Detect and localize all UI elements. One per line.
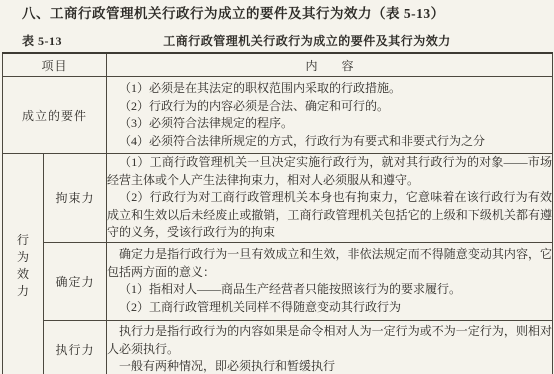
determinative-force-item-2: （2）工商行政管理机关同样不得随意变动其行政行为 bbox=[107, 299, 552, 317]
scanned-document-page: 八、工商行政管理机关行政行为成立的要件及其行为效力（表 5-13） 表 5-13… bbox=[0, 6, 554, 374]
binding-force-item-2: （2）行政行为对工商行政管理机关本身也有拘束力，它意味着在该行政行为有效成立和生… bbox=[107, 189, 552, 242]
requirement-item-1: （1）必须是在其法定的职权范围内采取的行政措施。 bbox=[107, 80, 552, 98]
binding-force-label: 拘束力 bbox=[44, 154, 107, 243]
row-executive-force: 执行力 执行力是指行政行为的内容如果是命令相对人为一定行为或不为一定行为，则相对… bbox=[3, 320, 553, 374]
row-requirements: 成立的要件 （1）必须是在其法定的职权范围内采取的行政措施。 （2）行政行为的内… bbox=[3, 77, 553, 154]
effect-group-cell: 行为效力 bbox=[3, 154, 44, 374]
header-cell-item: 项目 bbox=[3, 53, 107, 77]
table-header-row: 项目 内 容 bbox=[3, 53, 553, 77]
executive-force-note: 一般有两种情况，即必须执行和暂缓执行 bbox=[107, 358, 552, 374]
requirement-item-3: （3）必须符合法律规定的程序。 bbox=[107, 115, 552, 133]
row-binding-force: 行为效力 拘束力 （1）工商行政管理机关一旦决定实施行政行为，就对其行政行为的对… bbox=[3, 154, 553, 243]
requirement-item-2: （2）行政行为的内容必须是合法、确定和可行的。 bbox=[107, 98, 552, 116]
data-table: 项目 内 容 成立的要件 （1）必须是在其法定的职权范围内采取的行政措施。 （2… bbox=[2, 52, 553, 374]
requirements-content: （1）必须是在其法定的职权范围内采取的行政措施。 （2）行政行为的内容必须是合法… bbox=[107, 77, 553, 154]
determinative-force-item-1: （1）指相对人——商品生产经营者只能按照该行为的要求履行。 bbox=[107, 281, 552, 299]
table-caption-title: 工商行政管理机关行政行为成立的要件及其行为效力 bbox=[62, 32, 552, 49]
determinative-force-content: 确定力是指行政行为一旦有效成立和生效，非依法规定而不得随意变动其内容，它包括两方… bbox=[107, 242, 553, 320]
table-caption: 表 5-13 工商行政管理机关行政行为成立的要件及其行为效力 bbox=[22, 34, 552, 49]
determinative-force-label: 确定力 bbox=[44, 242, 107, 320]
header-cell-content: 内 容 bbox=[107, 53, 553, 77]
executive-force-label: 执行力 bbox=[44, 320, 107, 374]
table-caption-label: 表 5-13 bbox=[22, 32, 62, 49]
row-determinative-force: 确定力 确定力是指行政行为一旦有效成立和生效，非依法规定而不得随意变动其内容，它… bbox=[3, 242, 553, 320]
effect-group-label: 行为效力 bbox=[17, 232, 30, 300]
requirements-label: 成立的要件 bbox=[3, 77, 107, 154]
binding-force-item-1: （1）工商行政管理机关一旦决定实施行政行为，就对其行政行为的对象——市场经营主体… bbox=[107, 154, 552, 189]
determinative-force-intro: 确定力是指行政行为一旦有效成立和生效，非依法规定而不得随意变动其内容，它包括两方… bbox=[107, 246, 552, 281]
binding-force-content: （1）工商行政管理机关一旦决定实施行政行为，就对其行政行为的对象——市场经营主体… bbox=[107, 154, 553, 243]
requirement-item-4: （4）必须符合法律所规定的方式，行政行为有要式和非要式行为之分 bbox=[107, 133, 552, 151]
executive-force-intro: 执行力是指行政行为的内容如果是命令相对人为一定行为或不为一定行为，则相对人必须执… bbox=[107, 323, 552, 358]
executive-force-content: 执行力是指行政行为的内容如果是命令相对人为一定行为或不为一定行为，则相对人必须执… bbox=[107, 320, 553, 374]
section-heading: 八、工商行政管理机关行政行为成立的要件及其行为效力（表 5-13） bbox=[22, 6, 544, 22]
